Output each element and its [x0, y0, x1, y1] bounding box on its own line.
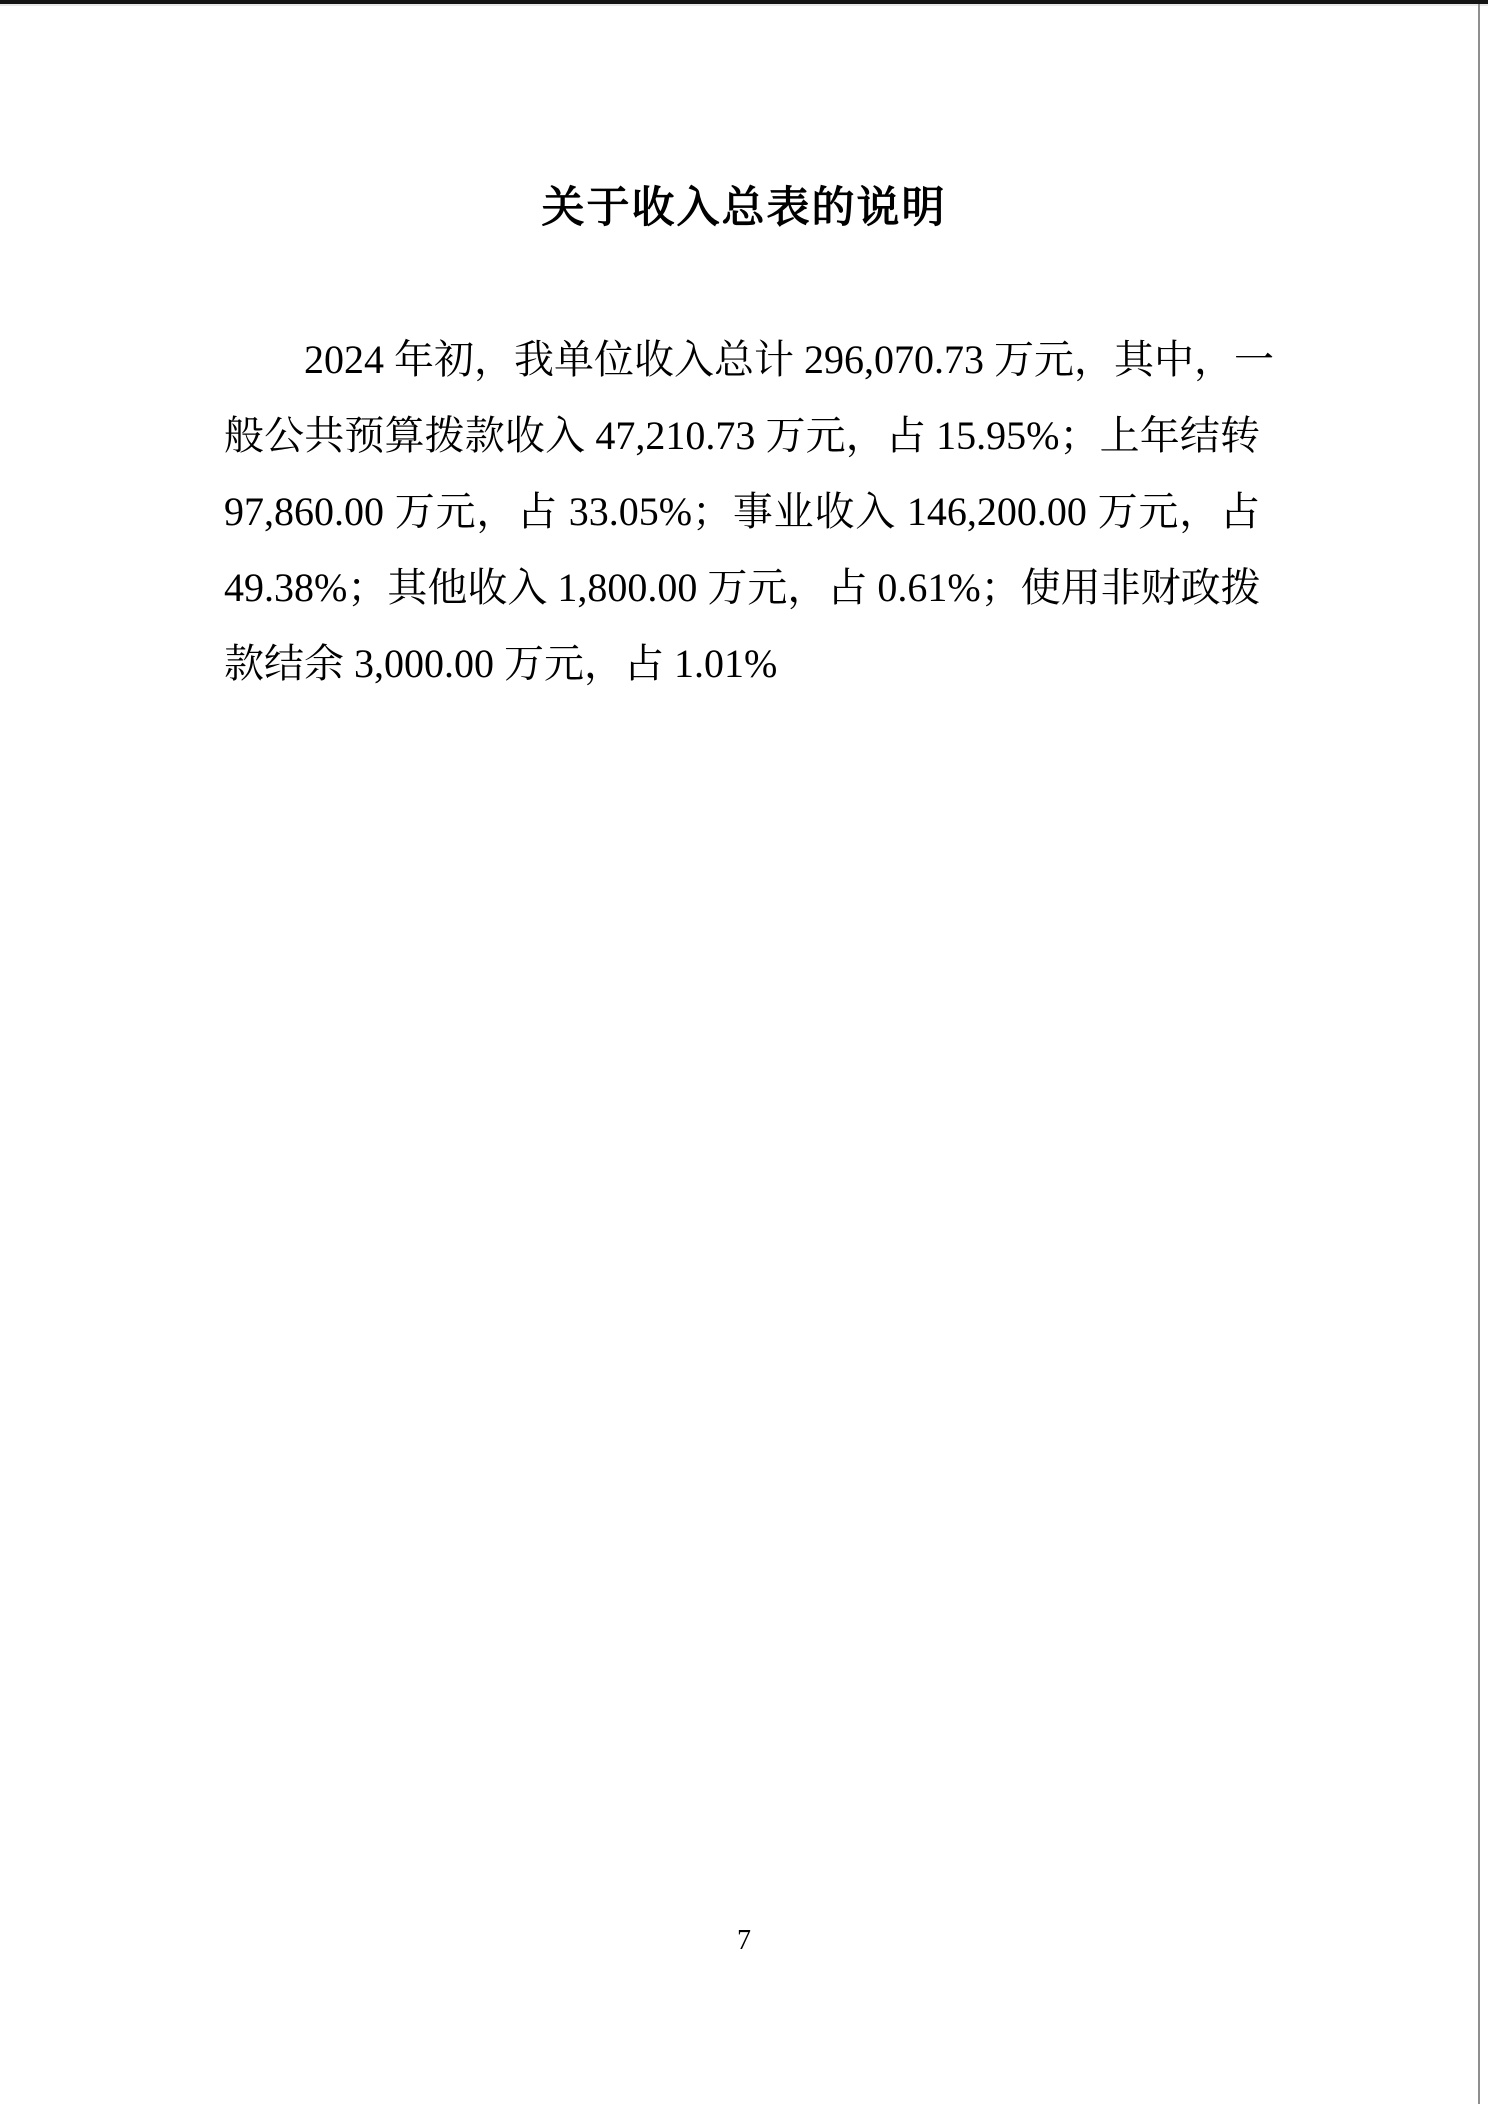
paragraph-line: 款结余 3,000.00 万元，占 1.01% [224, 626, 1260, 702]
document-page: 关于收入总表的说明 2024 年初，我单位收入总计 296,070.73 万元，… [0, 0, 1488, 2104]
page-title: 关于收入总表的说明 [0, 180, 1488, 236]
top-border-shadow [0, 4, 1488, 6]
paragraph-line: 49.38%；其他收入 1,800.00 万元，占 0.61%；使用非财政拨 [224, 550, 1260, 626]
page-number: 7 [0, 1924, 1488, 1958]
body-paragraph: 2024 年初，我单位收入总计 296,070.73 万元，其中，一 般公共预算… [224, 322, 1260, 702]
paragraph-line: 2024 年初，我单位收入总计 296,070.73 万元，其中，一 [224, 322, 1260, 398]
paragraph-line: 般公共预算拨款收入 47,210.73 万元，占 15.95%；上年结转 [224, 398, 1260, 474]
paragraph-line: 97,860.00 万元，占 33.05%；事业收入 146,200.00 万元… [224, 474, 1260, 550]
right-page-edge-line [1478, 4, 1480, 2104]
